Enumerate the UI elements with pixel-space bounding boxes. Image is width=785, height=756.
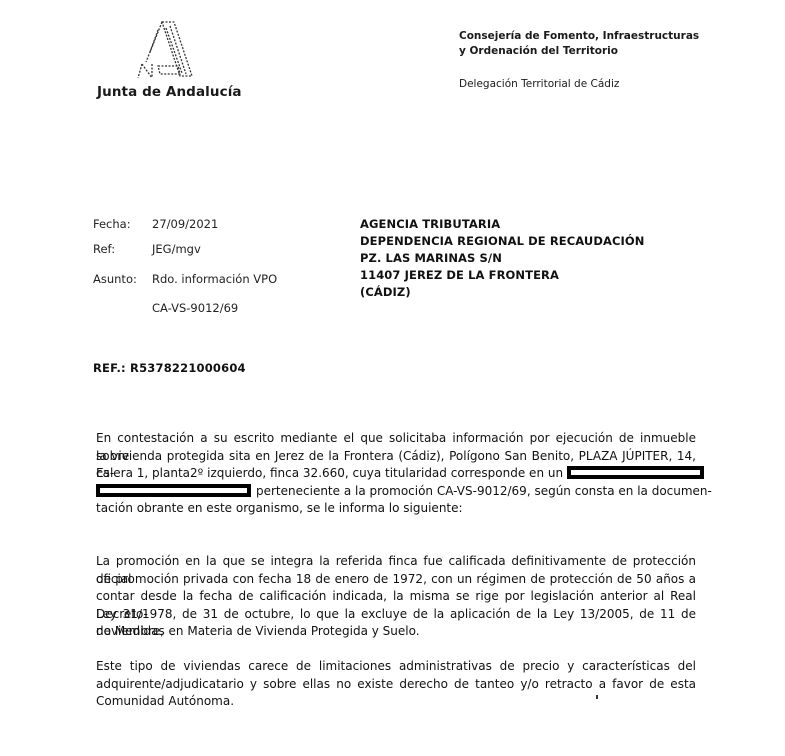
paragraph-line: Ley 31/1978, de 31 de octubre, lo que la… <box>96 606 696 624</box>
recipient-line5: (CÁDIZ) <box>360 284 411 301</box>
paragraph-line: la vivienda protegida sita en Jerez de l… <box>96 448 696 466</box>
paragraph-line: perteneciente a la promoción CA-VS-9012/… <box>96 483 696 501</box>
department-name-line2: y Ordenación del Territorio <box>459 44 618 59</box>
recipient-line2: DEPENDENCIA REGIONAL DE RECAUDACIÓN <box>360 233 645 250</box>
paragraph-line: Este tipo de viviendas carece de limitac… <box>96 658 696 676</box>
paragraph-line: calera 1, planta2º izquierdo, finca 32.6… <box>96 465 696 483</box>
recipient-line1: AGENCIA TRIBUTARIA <box>360 216 500 233</box>
junta-de-andalucia-logo-icon <box>132 18 198 84</box>
body-paragraph-2: La promoción en la que se integra la ref… <box>96 553 696 641</box>
recipient-line3: PZ. LAS MARINAS S/N <box>360 250 502 267</box>
subject-value-line1: Rdo. información VPO <box>152 272 277 286</box>
subject-value-line2: CA-VS-9012/69 <box>152 301 238 315</box>
paragraph-line: adquirente/adjudicatario y sobre ellas n… <box>96 676 696 694</box>
recipient-line4: 11407 JEREZ DE LA FRONTERA <box>360 267 559 284</box>
delegation-name: Delegación Territorial de Cádiz <box>459 77 619 92</box>
paragraph-line-text: calera 1, planta2º izquierdo, finca 32.6… <box>96 466 563 480</box>
subject-label: Asunto: <box>93 272 137 286</box>
paragraph-line: contar desde la fecha de calificación in… <box>96 588 696 606</box>
date-value: 27/09/2021 <box>152 217 218 231</box>
body-paragraph-3: Este tipo de viviendas carece de limitac… <box>96 658 696 711</box>
organization-name: Junta de Andalucía <box>97 84 242 100</box>
paragraph-line: Comunidad Autónoma. <box>96 693 696 711</box>
ref-label: Ref: <box>93 242 115 256</box>
redaction-box <box>96 484 251 497</box>
body-paragraph-1: En contestación a su escrito mediante el… <box>96 430 696 518</box>
redaction-box <box>567 466 704 479</box>
paragraph-line-text: perteneciente a la promoción CA-VS-9012/… <box>256 484 712 498</box>
paragraph-line: En contestación a su escrito mediante el… <box>96 430 696 448</box>
date-label: Fecha: <box>93 217 131 231</box>
paragraph-line: de Medidas en Materia de Vivienda Proteg… <box>96 623 696 641</box>
reference-number: REF.: R5378221000604 <box>93 361 246 375</box>
department-name-line1: Consejería de Fomento, Infraestructuras <box>459 29 699 44</box>
scan-artifact <box>596 695 598 699</box>
paragraph-line: de promoción privada con fecha 18 de ene… <box>96 571 696 589</box>
paragraph-line: tación obrante en este organismo, se le … <box>96 500 696 518</box>
paragraph-line: La promoción en la que se integra la ref… <box>96 553 696 571</box>
ref-value: JEG/mgv <box>152 242 201 256</box>
